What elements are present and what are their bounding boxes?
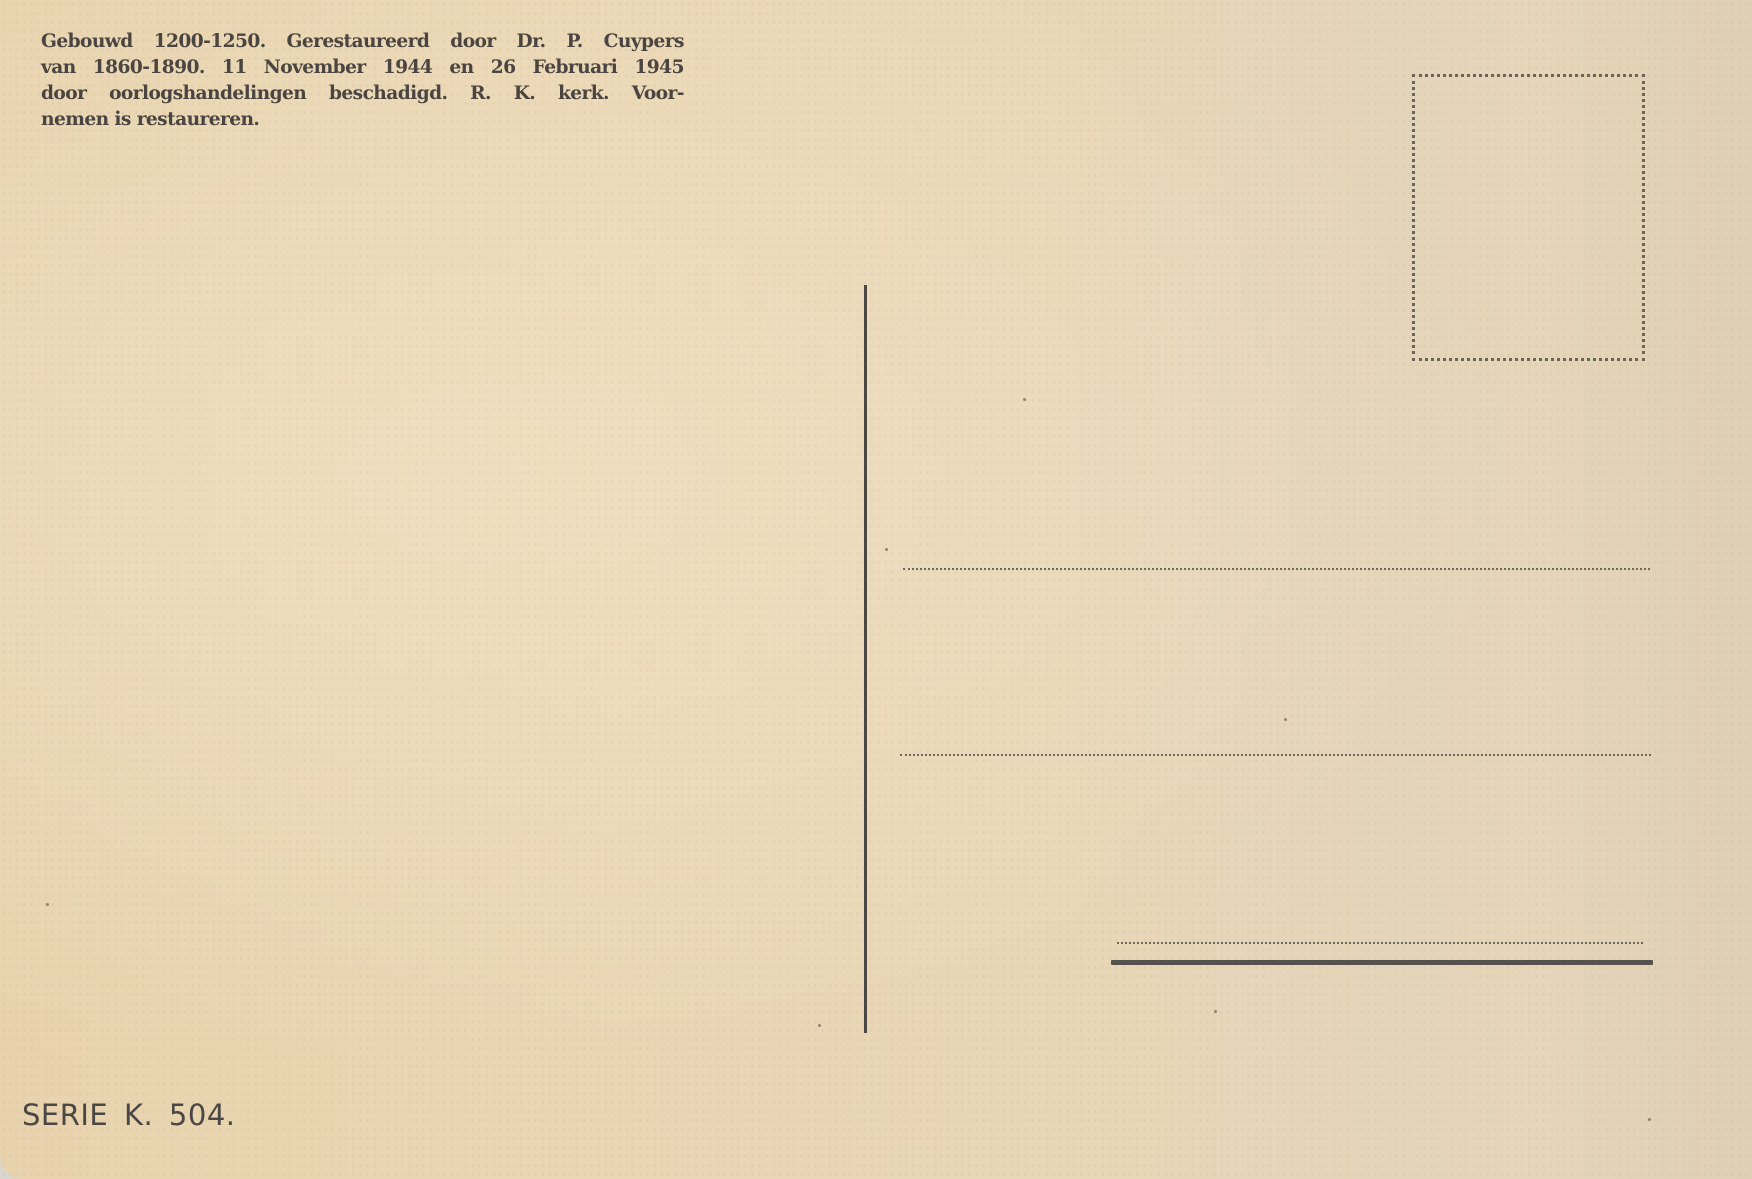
postcard-back: Gebouwd 1200-1250. Gerestaureerd door Dr… [0, 0, 1752, 1179]
paper-speck [1648, 1118, 1651, 1121]
address-line-1 [903, 568, 1650, 570]
paper-speck [1023, 398, 1026, 401]
caption-line: nemen is restaureren. [41, 106, 684, 132]
paper-speck [1214, 1010, 1217, 1013]
paper-speck [1284, 718, 1287, 721]
caption-text: Gebouwd 1200-1250. Gerestaureerd door Dr… [41, 28, 684, 132]
stamp-placeholder-box [1412, 74, 1645, 361]
caption-line: van 1860-1890. 11 November 1944 en 26 Fe… [41, 54, 684, 80]
paper-speck [885, 548, 888, 551]
caption-line: door oorlogshandelingen beschadigd. R. K… [41, 80, 684, 106]
address-underline-solid [1111, 960, 1653, 965]
address-line-2 [900, 754, 1651, 756]
paper-speck [46, 903, 49, 906]
series-label: SERIE K. 504. [22, 1098, 236, 1132]
address-line-3 [1117, 942, 1643, 944]
caption-line: Gebouwd 1200-1250. Gerestaureerd door Dr… [41, 28, 684, 54]
paper-speck [818, 1024, 821, 1027]
center-divider-line [864, 285, 867, 1033]
